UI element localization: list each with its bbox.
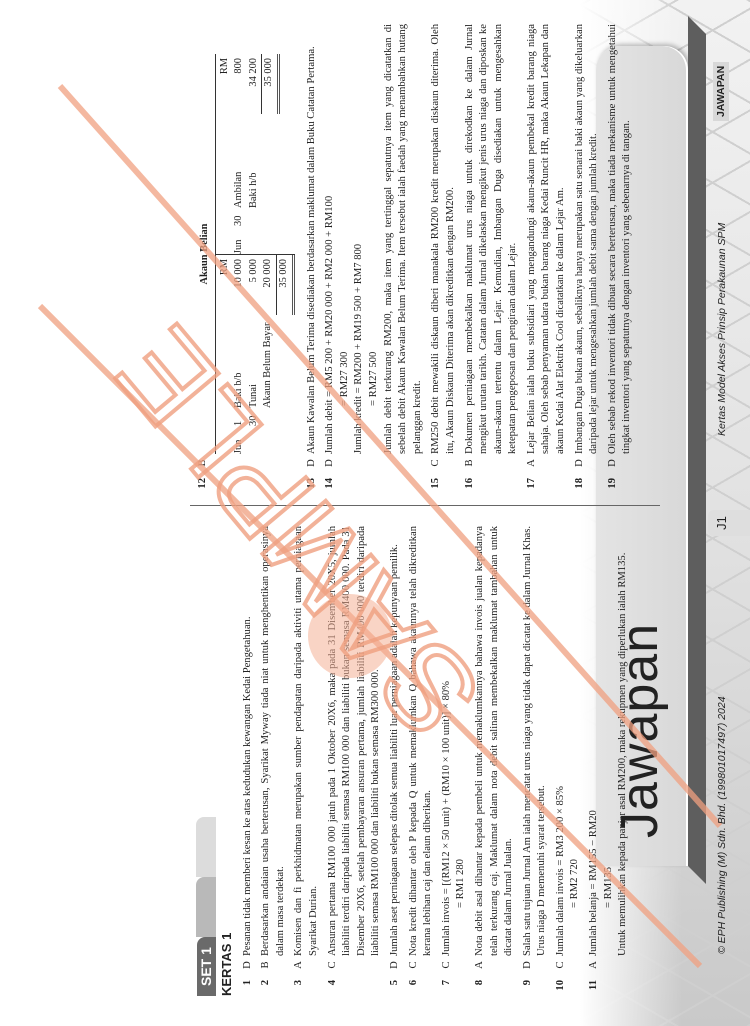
answer-item: 15CRM250 debit mewakili diskaun diberi m… [429,24,458,494]
answer-text: = RM27 300 [338,24,353,454]
ledger-month: Jun [232,226,247,254]
answer-text: Untuk memulihkan kepada panjar asal RM20… [616,526,631,956]
ledger-debit-side: RMJun1Baki b/b10 00030Tunai5 000Akaun Be… [216,254,295,454]
currency-label: RM [218,54,233,114]
question-number: 15 [429,478,458,494]
question-number: 3 [292,980,321,996]
ledger-title: Akaun Belian [198,54,213,454]
answer-letter: D [388,956,403,974]
ledger-desc: Akaun Belum Bayar [261,315,276,408]
title-tab-shadow [688,16,706,884]
ledger-entry: Akaun Belum Bayar20 000 [261,255,276,454]
column-divider [190,505,660,506]
ledger-desc: Baki b/b [232,315,247,408]
question-number: 11 [587,980,631,996]
ledger-month: Jun [232,426,247,454]
answer-text: Ansuran pertama RM100 000 jatuh pada 1 O… [326,526,384,956]
answer-text: = RM135 [602,526,617,956]
answer-text: Jumlah dalam invois = RM3 200 × 85% [554,526,569,956]
answer-letter: C [554,956,583,974]
ledger-account: Akaun Belian RMJun1Baki b/b10 00030Tunai… [198,54,295,454]
answer-text: Pesanan tidak memberi kesan ke atas kedu… [241,526,256,956]
question-number: 13 [305,478,320,494]
answer-text: Nota debit asal dihantar kepada pembeli … [473,526,517,956]
ledger-day: 1 [232,408,247,426]
answer-text: Imbangan Duga bukan akaun, sebaliknya ha… [573,24,602,454]
answer-list-left: 1DPesanan tidak memberi kesan ke atas ke… [241,526,631,996]
set-badge: SET 1 [197,937,216,996]
question-number: 9 [521,980,550,996]
set-header: SET 1 [196,526,216,996]
answer-text: = RM27 500 [367,24,382,454]
ledger-amount: 800 [232,54,247,114]
question-number: 5 [388,980,403,996]
answer-text: Jumlah debit terkurang RM200, maka item … [382,24,426,454]
ledger-entry: Baki h/b34 200 [247,54,262,254]
ledger-total: 35 000 [276,255,295,315]
ledger-day [261,408,276,426]
ledger-total: 35 000 [261,54,280,114]
answer-text: Komisen dan fi perkhidmatan merupakan su… [292,526,321,956]
ledger-day [247,208,262,226]
answer-item: 14DJumlah debit = RM5 200 + RM20 000 + R… [323,24,425,494]
question-number: 10 [554,980,583,996]
answer-item: 17ALejar Belian ialah buku subsidiari ya… [525,24,569,494]
copyright-text: © EPH Publishing (M) Sdn. Bhd. (19980101… [716,696,728,954]
answer-text: = RM2 720 [568,526,583,956]
answer-text: RM250 debit mewakili diskaun diberi mana… [429,24,458,454]
answer-item: 10CJumlah dalam invois = RM3 200 × 85%= … [554,526,583,996]
answer-item: 19DOleh sebab rekod inventori tidak dibu… [606,24,635,494]
answer-item: 7CJumlah invois = [(RM12 × 50 unit) + (R… [440,526,469,996]
answer-item: 9DSalah satu tujuan Jurnal Am ialah menc… [521,526,550,996]
ledger-amount: 20 000 [261,255,276,315]
answer-item: 6CNota kredit dihantar oleh P kepada Q u… [407,526,436,996]
answer-letter: A [292,956,321,974]
ledger-desc: Ambilan [232,114,247,208]
set-tab-decoration [196,877,216,937]
answer-text: = RM1 280 [454,526,469,956]
ledger-desc: Baki h/b [247,114,262,208]
answer-text: Jumlah kredit = RM200 + RM19 500 + RM7 8… [352,24,367,454]
paper-heading: KERTAS 1 [220,526,235,996]
question-number: 6 [407,980,436,996]
ledger-month [247,426,262,454]
answer-item: 2BBerdasarkan andaian usaha berterusan, … [259,526,288,996]
answer-text: Salah satu tujuan Jurnal Am ialah mencat… [521,526,550,956]
answer-text: Akaun Kawalan Belum Terima disediakan be… [305,24,320,454]
answer-letter: D [305,454,320,472]
ledger-day: 30 [247,408,262,426]
answer-letter: B [463,454,521,472]
ledger-amount: 34 200 [247,54,262,114]
set-tab-decoration [196,817,216,877]
answer-text: Dokumen perniagaan membekalkan maklumat … [463,24,521,454]
answer-item: 13DAkaun Kawalan Belum Terima disediakan… [305,24,320,494]
answer-text: Nota kredit dihantar oleh P kepada Q unt… [407,526,436,956]
answer-letter: B [196,454,301,472]
answer-item: 8ANota debit asal dihantar kepada pembel… [473,526,517,996]
answer-item: 18DImbangan Duga bukan akaun, sebaliknya… [573,24,602,494]
question-number: 19 [606,478,635,494]
answer-text: Oleh sebab rekod inventori tidak dibuat … [606,24,635,454]
answer-text: Jumlah aset perniagaan selepas ditolak s… [388,526,403,956]
ledger-entry: 30Tunai5 000 [247,255,262,454]
answer-item: 1DPesanan tidak memberi kesan ke atas ke… [241,526,256,996]
question-number: 14 [323,478,425,494]
answer-letter: D [323,454,425,472]
answer-letter: C [429,454,458,472]
page-number: J1 [708,510,750,536]
answers-column-1: SET 1 KERTAS 1 1DPesanan tidak memberi k… [196,526,635,996]
answer-letter: D [521,956,550,974]
question-number: 7 [440,980,469,996]
question-number: 16 [463,478,521,494]
answer-letter: A [587,956,631,974]
answer-letter: C [407,956,436,974]
answer-item: 5DJumlah aset perniagaan selepas ditolak… [388,526,403,996]
question-number: 2 [259,980,288,996]
section-tag: JAWAPAN [713,62,729,121]
ledger-entry: Jun30Ambilan800 [232,54,247,254]
answer-letter: A [473,956,517,974]
answer-item: 16BDokumen perniagaan membekalkan maklum… [463,24,521,494]
answer-text: Jumlah belanja = RM155 − RM20 [587,526,602,956]
answer-page: Jawapan SET 1 KERTAS 1 1DPesanan tidak m… [0,0,750,1026]
question-number: 4 [326,980,384,996]
ledger-amount: 5 000 [247,255,262,315]
answer-list-right: 13DAkaun Kawalan Belum Terima disediakan… [305,24,635,494]
ledger-entry: Jun1Baki b/b10 000 [232,255,247,454]
ledger-day: 30 [232,208,247,226]
book-title: Kertas Model Akses Prinsip Perakaunan SP… [716,223,728,436]
answer-item: 3AKomisen dan fi perkhidmatan merupakan … [292,526,321,996]
currency-label: RM [218,255,233,315]
ledger-month [247,226,262,254]
answer-text: Jumlah debit = RM5 200 + RM20 000 + RM2 … [323,24,338,454]
answers-column-2: 12 B Akaun Belian RMJun1Baki b/b10 00030… [196,24,639,494]
answer-text: Jumlah invois = [(RM12 × 50 unit) + (RM1… [440,526,455,956]
question-number: 17 [525,478,569,494]
answer-letter: C [440,956,469,974]
answer-item: 11AJumlah belanja = RM155 − RM20= RM135U… [587,526,631,996]
answer-letter: D [573,454,602,472]
ledger-credit-side: RMJun30Ambilan800Baki h/b34 20035 000 [216,54,295,254]
answer-item: 4CAnsuran pertama RM100 000 jatuh pada 1… [326,526,384,996]
answer-text: Lejar Belian ialah buku subsidiari yang … [525,24,569,454]
answer-letter: D [606,454,635,472]
answer-letter: B [259,956,288,974]
question-number: 8 [473,980,517,996]
answer-text: Berdasarkan andaian usaha berterusan, Sy… [259,526,288,956]
answer-item: 12 B Akaun Belian RMJun1Baki b/b10 00030… [196,24,301,494]
question-number: 1 [241,980,256,996]
answer-letter: D [241,956,256,974]
page-footer: © EPH Publishing (M) Sdn. Bhd. (19980101… [708,0,750,1026]
ledger-month [261,426,276,454]
ledger-desc: Tunai [247,315,262,408]
answer-letter: A [525,454,569,472]
question-number: 12 [196,478,301,494]
ledger-amount: 10 000 [232,255,247,315]
question-number: 18 [573,478,602,494]
answer-letter: C [326,956,384,974]
